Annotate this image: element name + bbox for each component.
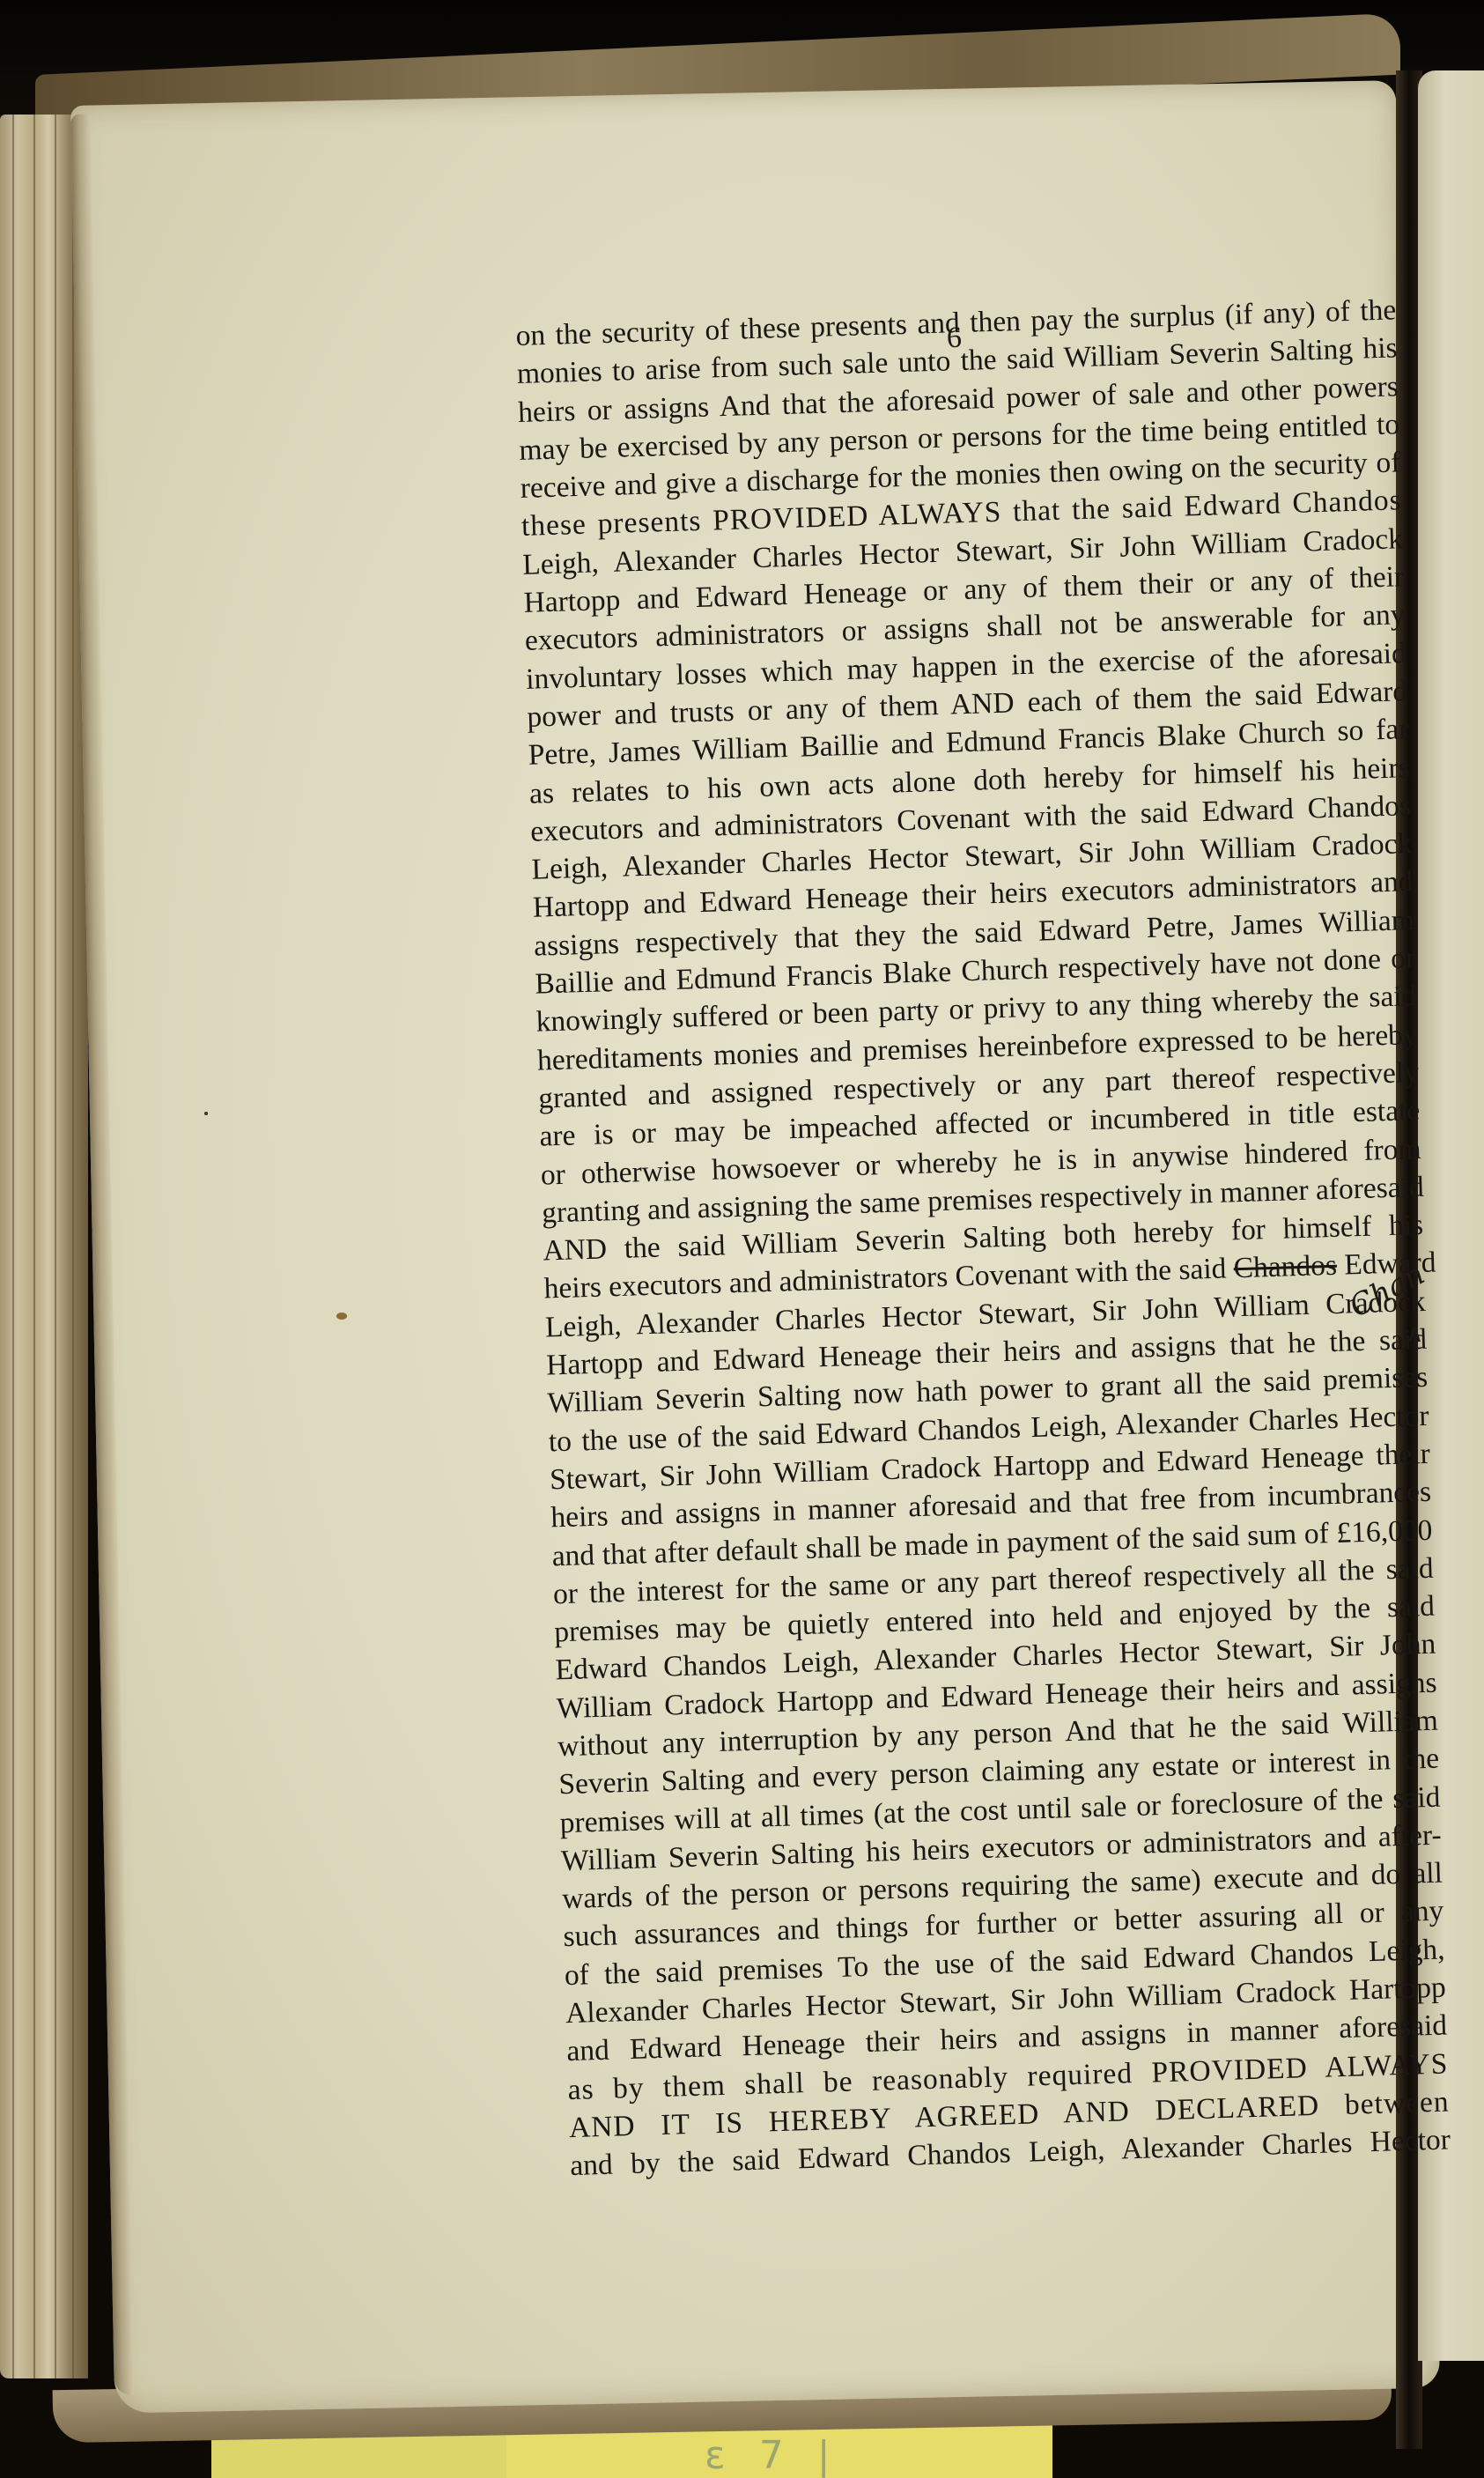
page-edge-line [72, 115, 74, 2378]
struck-through-word: Chandos [1233, 1249, 1337, 1284]
page-stack-left-edge [0, 115, 88, 2378]
document-body-text: on the security of these presents and th… [515, 291, 1451, 2185]
tab-pencil-marking: ε 7 | [705, 2433, 841, 2478]
page-edge-line [12, 115, 14, 2378]
paper-stain [336, 1313, 347, 1320]
paper-speck [204, 1112, 208, 1115]
page-edge-line [55, 115, 56, 2378]
insertion-caret-icon: ∧ [1406, 1319, 1424, 1348]
page-edge-line [33, 115, 35, 2378]
